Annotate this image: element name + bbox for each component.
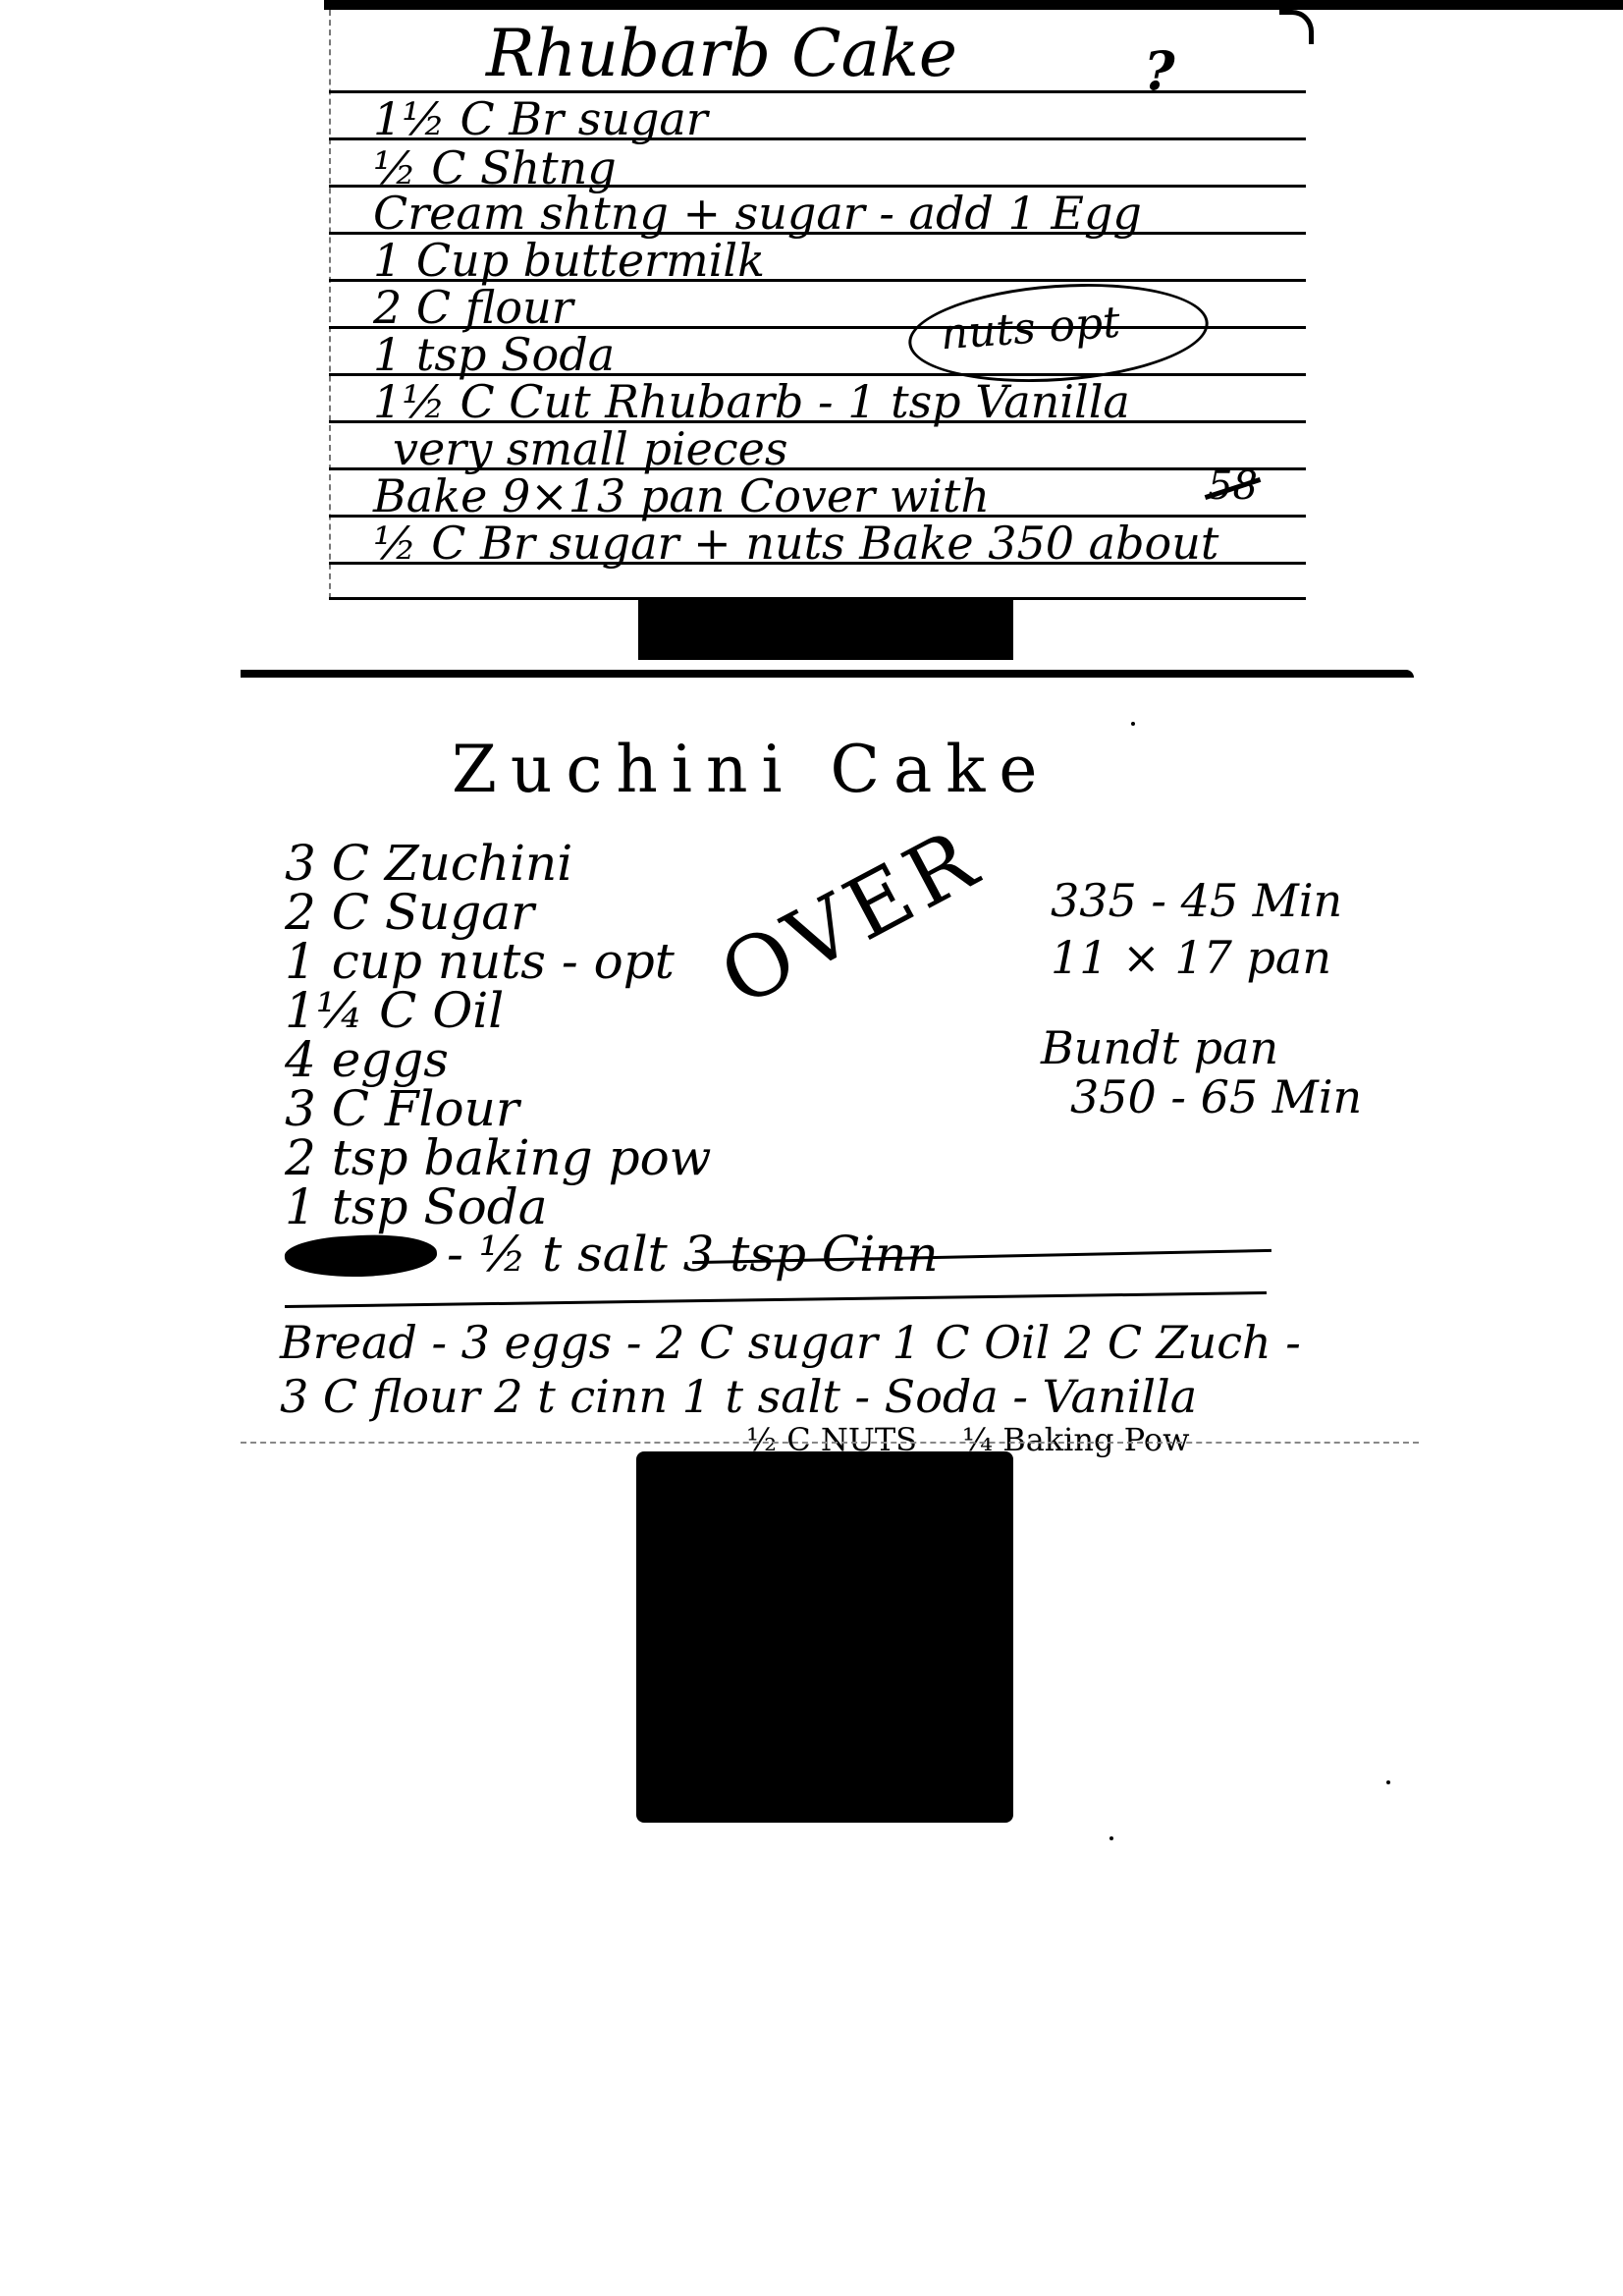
recipe-line: 1½ C Cut Rhubarb - 1 tsp Vanilla xyxy=(373,375,1130,428)
rhubarb-cake-card: Rhubarb Cake ? 1½ C Br sugar ½ C Shtng C… xyxy=(329,10,1306,604)
recipe-line: 1 tsp Soda xyxy=(373,328,615,381)
bread-line: 3 C flour 2 t cinn 1 t salt - Soda - Van… xyxy=(280,1370,1197,1423)
divider-line xyxy=(285,1291,1267,1308)
scan-speck xyxy=(1131,722,1135,726)
scan-speck xyxy=(1386,1780,1390,1784)
recipe-line: Bake 9×13 pan Cover with xyxy=(373,469,990,522)
recipe-line: very small pieces xyxy=(393,422,787,475)
redaction-box xyxy=(636,1451,1013,1823)
page-top-edge xyxy=(324,0,1623,10)
recipe-line: 2 C flour xyxy=(373,281,573,334)
card-corner xyxy=(1279,10,1314,44)
scribbled-out-text xyxy=(284,1231,438,1281)
recipe-line: ½ C Br sugar + nuts Bake 350 about xyxy=(373,517,1218,570)
bread-line: Bread - 3 eggs - 2 C sugar 1 C Oil 2 C Z… xyxy=(280,1316,1301,1369)
bake-note: Bundt pan xyxy=(1041,1021,1278,1074)
recipe-title: Zuchini Cake xyxy=(452,732,1051,807)
redaction-box xyxy=(638,597,1013,660)
recipe-line: Cream shtng + sugar - add 1 Egg xyxy=(373,187,1142,240)
recipe-line: 1 Cup buttermilk xyxy=(373,234,765,287)
recipe-title: Rhubarb Cake xyxy=(486,16,957,91)
margin-mark: ? xyxy=(1144,39,1175,102)
recipe-line: 1½ C Br sugar xyxy=(373,92,708,145)
over-label: OVER xyxy=(705,809,997,1026)
crossed-out-number: 58 xyxy=(1208,464,1258,509)
bake-note: 335 - 45 Min xyxy=(1051,874,1342,927)
scan-speck xyxy=(1109,1836,1113,1840)
ingredient-line: - ½ t salt 3 tsp Cinn xyxy=(447,1226,939,1283)
circled-note-text: nuts opt xyxy=(939,298,1121,360)
bake-note: 350 - 65 Min xyxy=(1070,1070,1362,1123)
zuchini-cake-card: Zuchini Cake 3 C Zuchini 2 C Sugar 1 cup… xyxy=(241,678,1419,1453)
card-left-edge xyxy=(329,10,333,599)
bake-note: 11 × 17 pan xyxy=(1051,931,1331,984)
card-bottom-edge xyxy=(241,1442,1419,1446)
card-top-edge xyxy=(241,670,1414,678)
